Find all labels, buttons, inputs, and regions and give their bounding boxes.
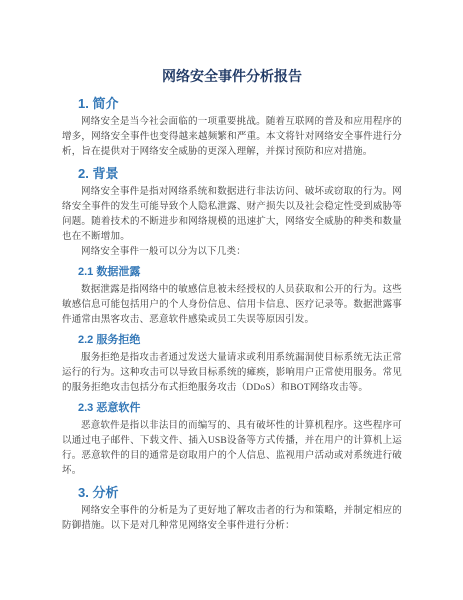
- document-page: 网络安全事件分析报告 1. 简介网络安全是当今社会面临的一项重要挑战。随着互联网…: [0, 0, 463, 600]
- section-heading: 2.1 数据泄露: [78, 265, 402, 279]
- document-title: 网络安全事件分析报告: [62, 66, 402, 86]
- section-heading: 1. 简介: [78, 96, 402, 112]
- body-paragraph: 网络安全是当今社会面临的一项重要挑战。随着互联网的普及和应用程序的增多，网络安全…: [62, 115, 402, 160]
- section-heading: 2. 背景: [78, 166, 402, 182]
- body-paragraph: 网络安全事件是指对网络系统和数据进行非法访问、破坏或窃取的行为。网络安全事件的发…: [62, 185, 402, 245]
- document-body: 1. 简介网络安全是当今社会面临的一项重要挑战。随着互联网的普及和应用程序的增多…: [62, 96, 402, 534]
- body-paragraph: 服务拒绝是指攻击者通过发送大量请求或利用系统漏洞使目标系统无法正常运行的行为。这…: [62, 351, 402, 396]
- body-paragraph: 网络安全事件的分析是为了更好地了解攻击者的行为和策略，并制定相应的防御措施。以下…: [62, 504, 402, 534]
- section-heading: 2.2 服务拒绝: [78, 333, 402, 347]
- section-heading: 2.3 恶意软件: [78, 401, 402, 415]
- body-paragraph: 数据泄露是指网络中的敏感信息被未经授权的人员获取和公开的行为。这些敏感信息可能包…: [62, 283, 402, 328]
- section-heading: 3. 分析: [78, 485, 402, 501]
- body-paragraph: 恶意软件是指以非法目的而编写的、具有破坏性的计算机程序。这些程序可以通过电子邮件…: [62, 419, 402, 479]
- body-paragraph: 网络安全事件一般可以分为以下几类：: [62, 245, 402, 260]
